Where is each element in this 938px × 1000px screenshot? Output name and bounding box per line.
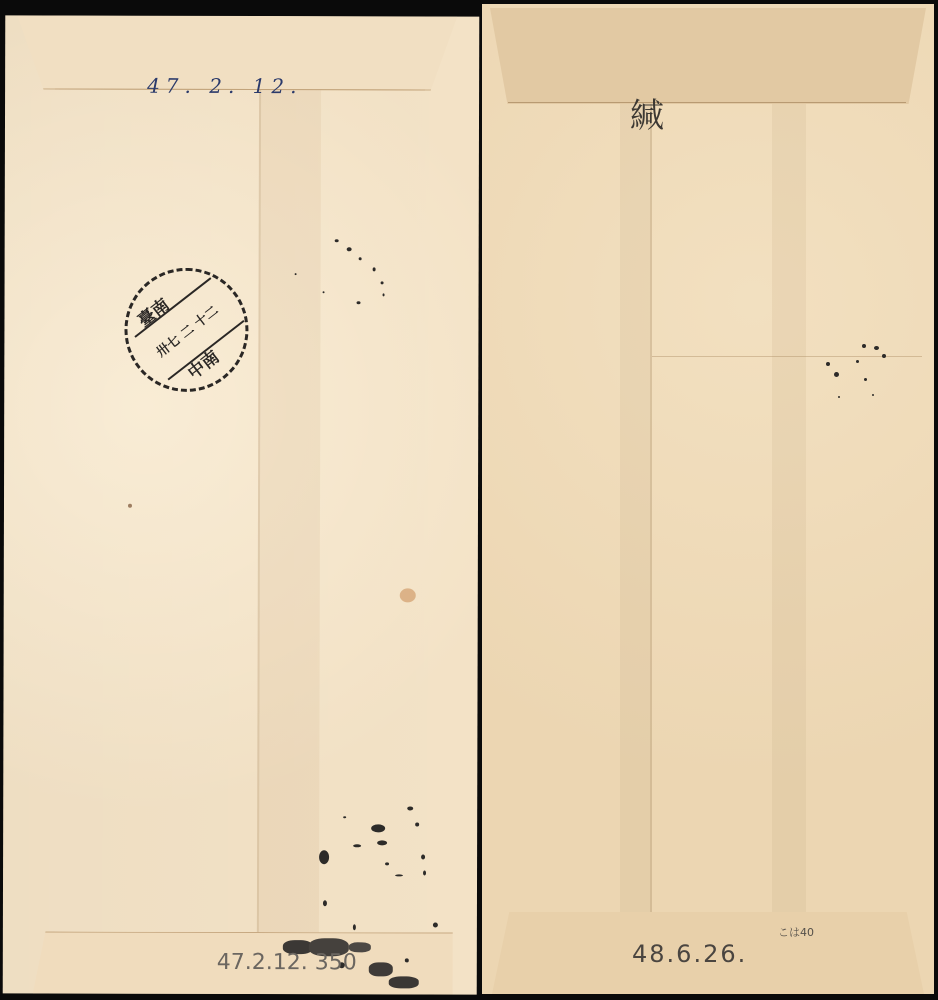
left-envelope: 47. 2. 12. 臺南 卅七 二 十二 中南 47.2.12. 350: [3, 15, 480, 994]
date-annotation-top: 47. 2. 12.: [147, 74, 302, 98]
flap-fold-line: [508, 102, 906, 103]
top-flap: [490, 8, 926, 104]
date-annotation-bottom: 47.2.12. 350: [217, 950, 357, 975]
right-envelope: 緘 48.6.26. こは40: [482, 4, 934, 994]
seam-shade-right: [772, 104, 806, 912]
ink-specks: [313, 796, 453, 936]
date-annotation-bottom: 48.6.26.: [632, 940, 747, 968]
faint-postmark-specks: [284, 231, 394, 331]
seal-character: 緘: [630, 88, 664, 137]
center-seam: [650, 104, 652, 912]
seam-shade: [259, 90, 321, 932]
faint-postmark-specks: [816, 334, 926, 414]
small-annotation: こは40: [778, 924, 814, 940]
seam-shade-left: [620, 104, 650, 912]
postmark-circle: 臺南 卅七 二 十二 中南: [124, 268, 248, 392]
foxing-spot: [400, 588, 416, 602]
foxing-dot: [128, 504, 132, 508]
